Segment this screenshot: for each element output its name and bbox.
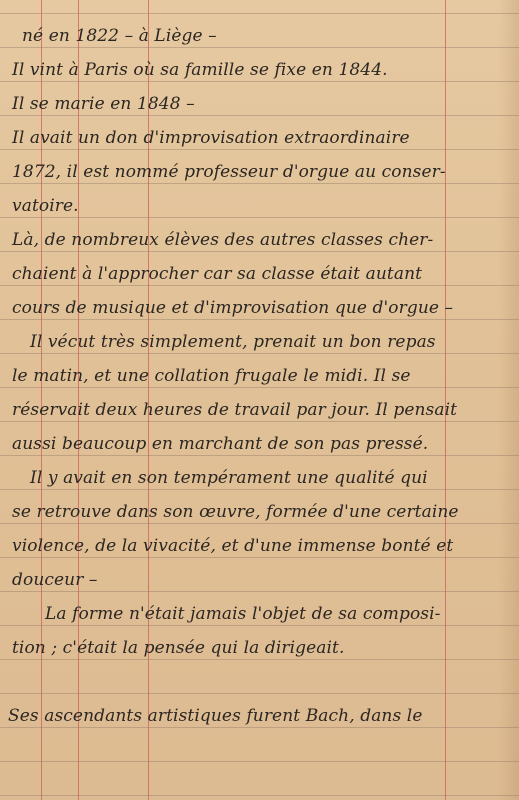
handwritten-line: Ses ascendants artistiques furent Bach, … (8, 705, 423, 727)
handwritten-line: violence, de la vivacité, et d'une immen… (12, 535, 453, 557)
handwritten-line: tion ; c'était la pensée qui la dirigeai… (12, 637, 344, 659)
handwritten-line: né en 1822 – à Liège – (22, 25, 217, 47)
handwritten-line: Il se marie en 1848 – (12, 93, 195, 115)
handwritten-line: réservait deux heures de travail par jou… (12, 399, 457, 421)
handwritten-line: se retrouve dans son œuvre, formée d'une… (12, 501, 459, 523)
handwritten-line: Il vécut très simplement, prenait un bon… (30, 331, 436, 353)
handwritten-line: Il y avait en son tempérament une qualit… (30, 467, 428, 489)
handwritten-line: 1872, il est nommé professeur d'orgue au… (12, 161, 446, 183)
handwritten-line: douceur – (12, 569, 98, 591)
handwritten-line: chaient à l'approcher car sa classe étai… (12, 263, 422, 285)
handwritten-line: le matin, et une collation frugale le mi… (12, 365, 411, 387)
handwritten-line: Il vint à Paris où sa famille se fixe en… (12, 59, 388, 81)
notebook-page: né en 1822 – à Liège –Il vint à Paris où… (0, 0, 519, 800)
handwritten-line: Là, de nombreux élèves des autres classe… (12, 229, 433, 251)
handwritten-line: vatoire. (12, 195, 79, 217)
handwritten-line: Il avait un don d'improvisation extraord… (12, 127, 410, 149)
handwritten-line: La forme n'était jamais l'objet de sa co… (45, 603, 441, 625)
handwritten-line: aussi beaucoup en marchant de son pas pr… (12, 433, 428, 455)
handwritten-line: cours de musique et d'improvisation que … (12, 297, 453, 319)
